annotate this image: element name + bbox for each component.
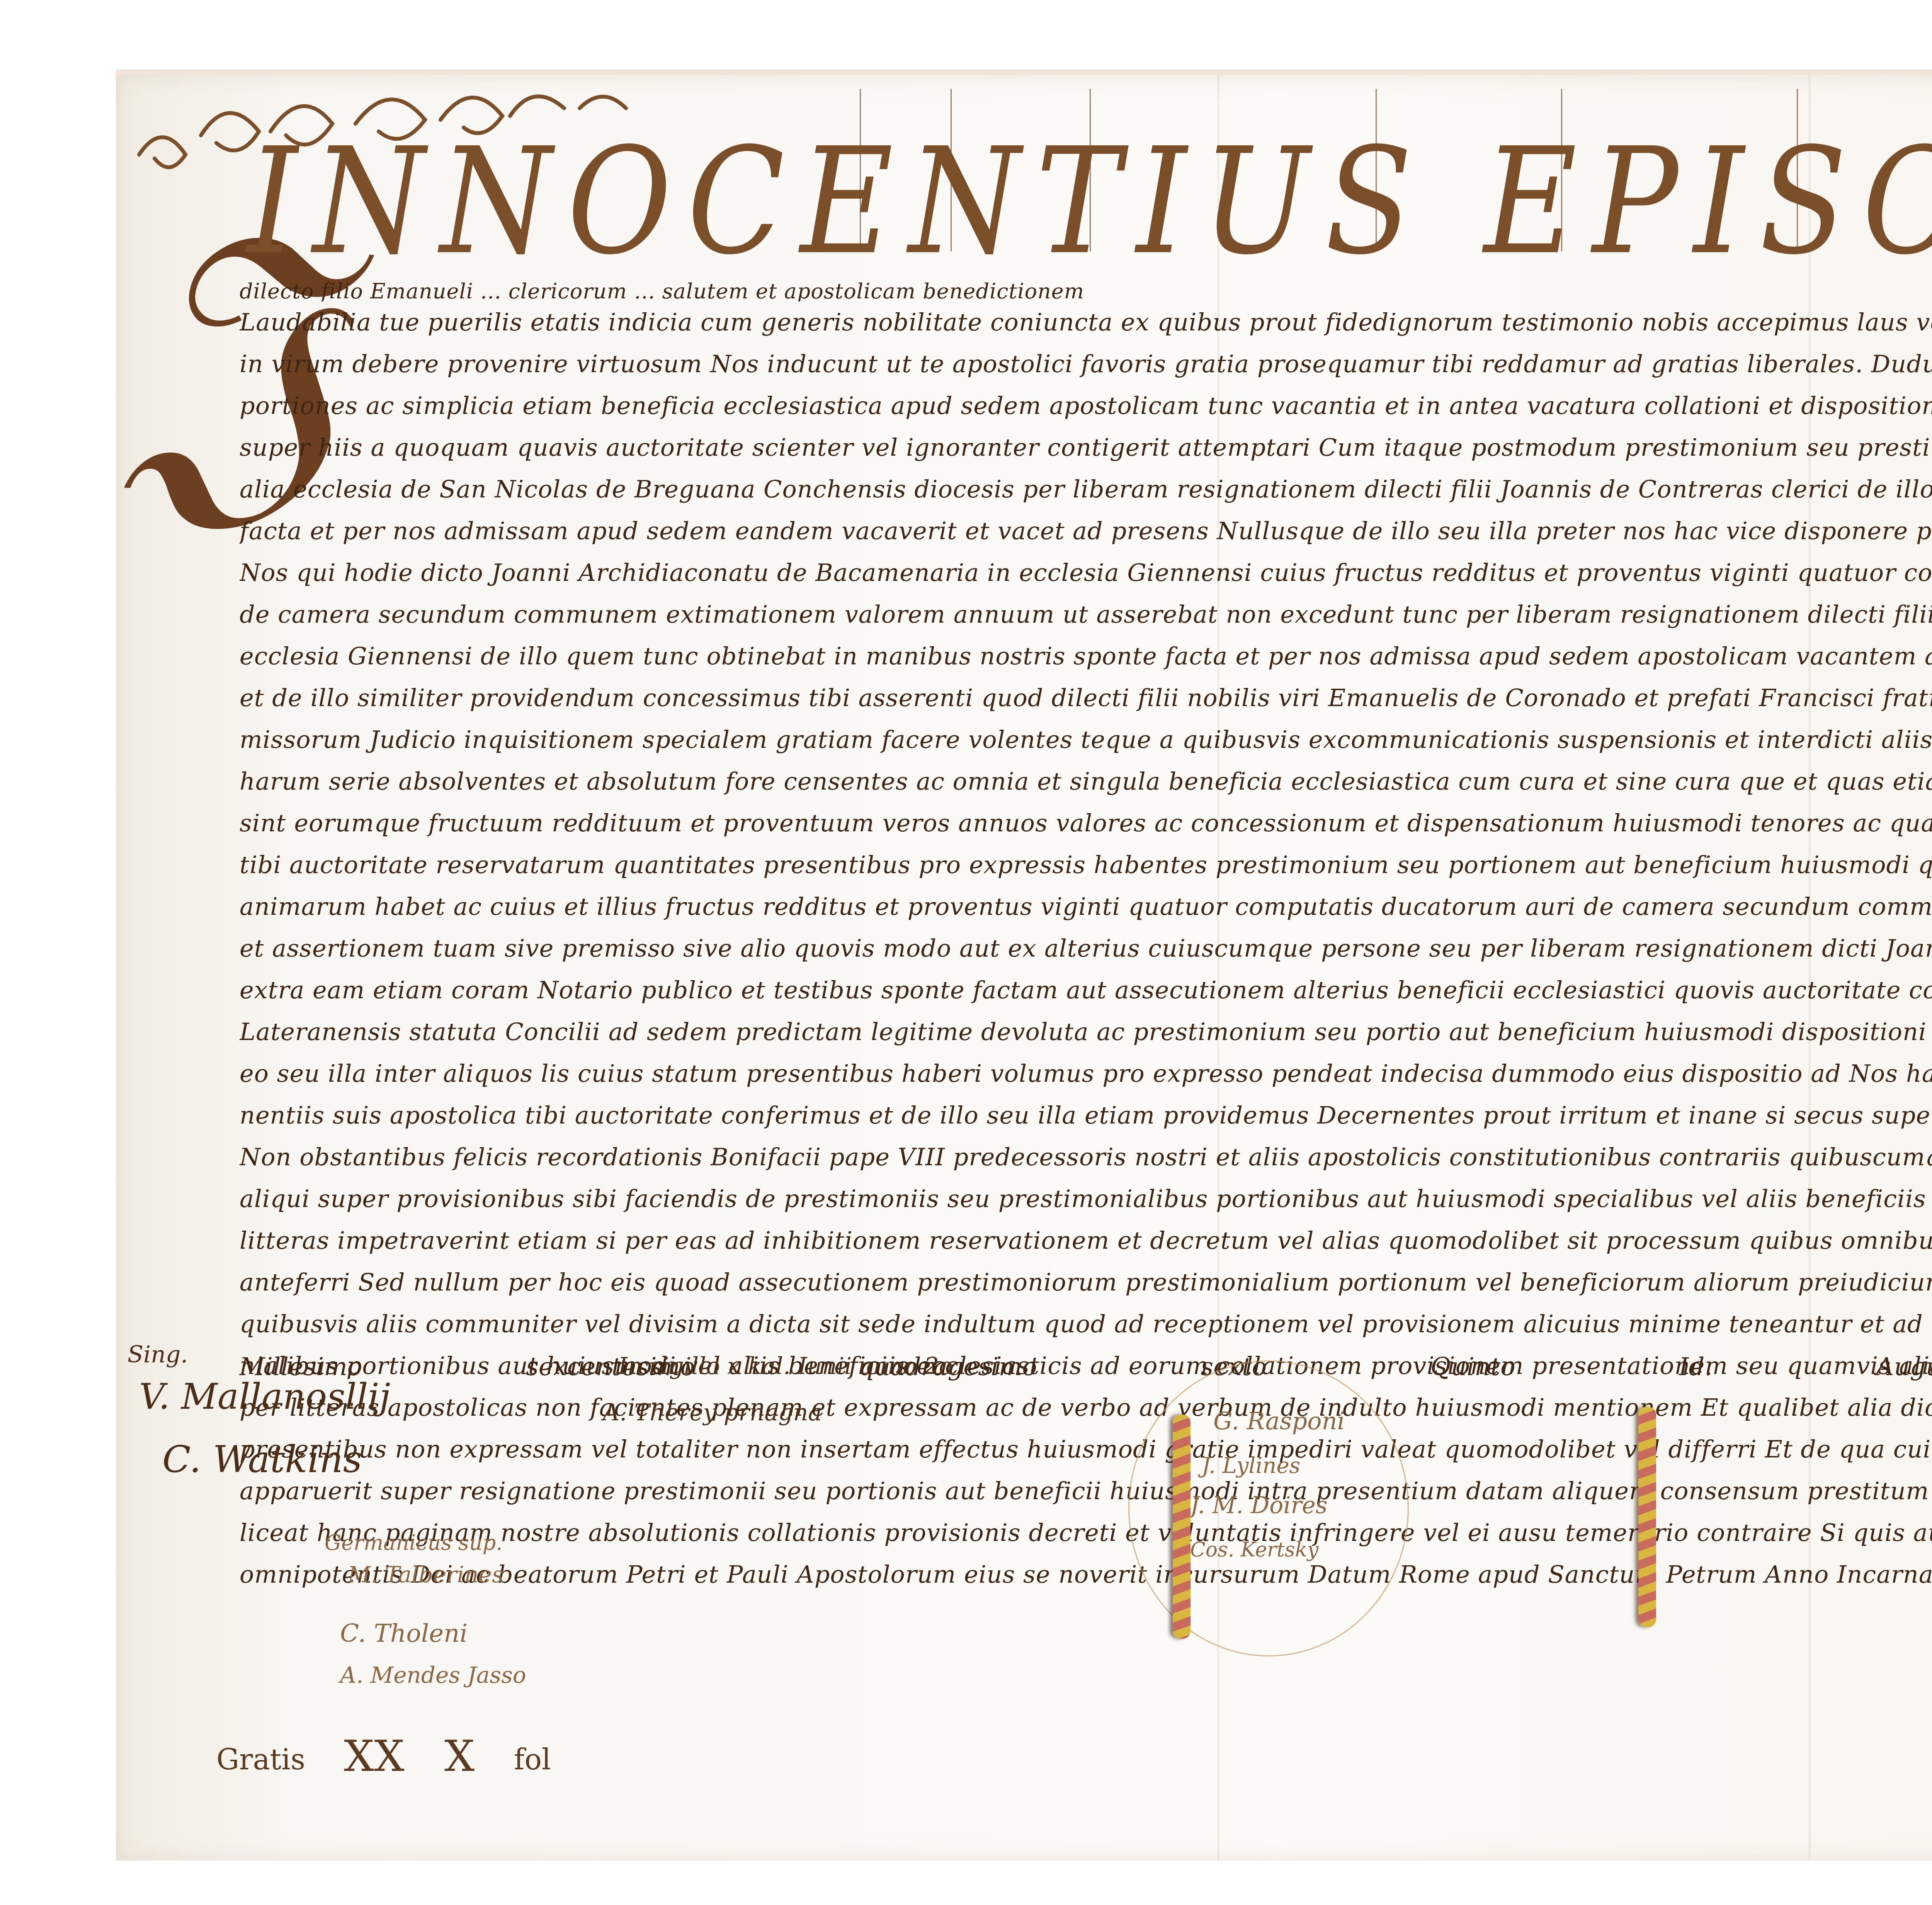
text-line: eo seu illa inter aliquos lis cuius stat…: [240, 1053, 1932, 1095]
seal-signature: Cos. Kertsky: [1190, 1538, 1318, 1561]
decorated-initial-letter: 𝔍: [128, 162, 243, 587]
text-line: tibi auctoritate reservatarum quantitate…: [240, 844, 1932, 886]
text-line: Laudabilia tue puerilis etatis indicia c…: [240, 301, 1932, 343]
text-line: litteras impetraverint etiam si per eas …: [240, 1220, 1932, 1261]
text-line: super hiis a quoquam quavis auctoritate …: [240, 427, 1932, 468]
text-line: alia ecclesia de San Nicolas de Breguana…: [240, 468, 1932, 510]
text-line: de camera secundum communem extimationem…: [240, 594, 1932, 635]
lower-signature: M. Talberines: [348, 1561, 503, 1588]
seal-cord-left: [1173, 1415, 1190, 1639]
text-line: facta et per nos admissam apud sedem ean…: [240, 510, 1932, 552]
text-line: apparuerit super resignatione prestimoni…: [240, 1470, 1932, 1512]
registration-note: In sigillo x kal. Iunii anno 2o: [618, 1353, 953, 1380]
month-word: Augusti: [1876, 1353, 1932, 1395]
text-line: extra eam etiam coram Notario publico et…: [240, 969, 1932, 1011]
seal-signature: J. Lylines: [1202, 1453, 1300, 1478]
lower-signature: C. Tholeni: [340, 1619, 468, 1648]
seal-cord-right: [1638, 1407, 1656, 1627]
text-line: Lateranensis statuta Concilii ad sedem p…: [240, 1011, 1932, 1053]
tax-mark-gratis: Gratis: [216, 1743, 305, 1776]
text-line: animarum habet ac cuius et illius fructu…: [240, 886, 1932, 928]
text-line: et assertionem tuam sive premisso sive a…: [240, 928, 1932, 969]
text-line: presentibus non expressam vel totaliter …: [240, 1428, 1932, 1470]
opening-line-continuation: dilecto filio Emanueli ... clericorum ..…: [240, 271, 1932, 301]
text-line: aliqui super provisionibus sibi faciendi…: [240, 1178, 1932, 1220]
text-line: harum serie absolventes et absolutum for…: [240, 761, 1932, 802]
tax-mark-xx: XX: [344, 1731, 405, 1781]
text-line: anteferri Sed nullum per hoc eis quoad a…: [240, 1261, 1932, 1303]
text-line: ecclesia Giennensi de illo quem tunc obt…: [240, 635, 1932, 677]
text-line: et de illo similiter providendum concess…: [240, 677, 1932, 719]
signature-watkins: C. Watkins: [162, 1438, 362, 1481]
text-line: portiones ac simplicia etiam beneficia e…: [240, 385, 1932, 427]
text-line: nentiis suis apostolica tibi auctoritate…: [240, 1095, 1932, 1136]
text-line: Nos qui hodie dicto Joanni Archidiaconat…: [240, 552, 1932, 594]
dating-clause: Millesimo sexcentesimo quadragesimo sext…: [240, 1353, 1932, 1395]
tax-mark-x: X: [444, 1731, 474, 1781]
text-line: Non obstantibus felicis recordationis Bo…: [240, 1136, 1932, 1178]
tax-mark-fol: fol: [514, 1743, 551, 1776]
text-line: quibusvis aliis communiter vel divisim a…: [240, 1303, 1932, 1345]
text-line: sint eorumque fructuum reddituum et prov…: [240, 802, 1932, 844]
text-line: missorum Judicio inquisitionem specialem…: [240, 719, 1932, 761]
dating-row: Millesimo sexcentesimo quadragesimo sext…: [240, 1353, 1932, 1395]
day-word: Quinto: [1430, 1353, 1515, 1395]
lower-signature: A. Mendes Jasso: [340, 1662, 526, 1688]
opening-title-line: INNOCENTIUS EPISCOPUS SERVUS SERVORUM DE…: [247, 108, 1932, 295]
seal-signature: G. Rasponi: [1213, 1407, 1345, 1435]
lower-signature: Germanicus sup.: [325, 1530, 502, 1555]
kalends-word: Id.: [1679, 1353, 1713, 1395]
bull-body-text: dilecto filio Emanueli ... clericorum ..…: [240, 271, 1932, 1595]
seal-signature: J. M. Doires: [1190, 1492, 1328, 1519]
registration-signature: A. Therey prnagna: [603, 1399, 822, 1426]
signature-sing: Sing.: [128, 1341, 188, 1368]
signature-mallanosllij: V. Mallanosllij: [139, 1376, 390, 1417]
text-line: in virum debere provenire virtuosum Nos …: [240, 343, 1932, 385]
